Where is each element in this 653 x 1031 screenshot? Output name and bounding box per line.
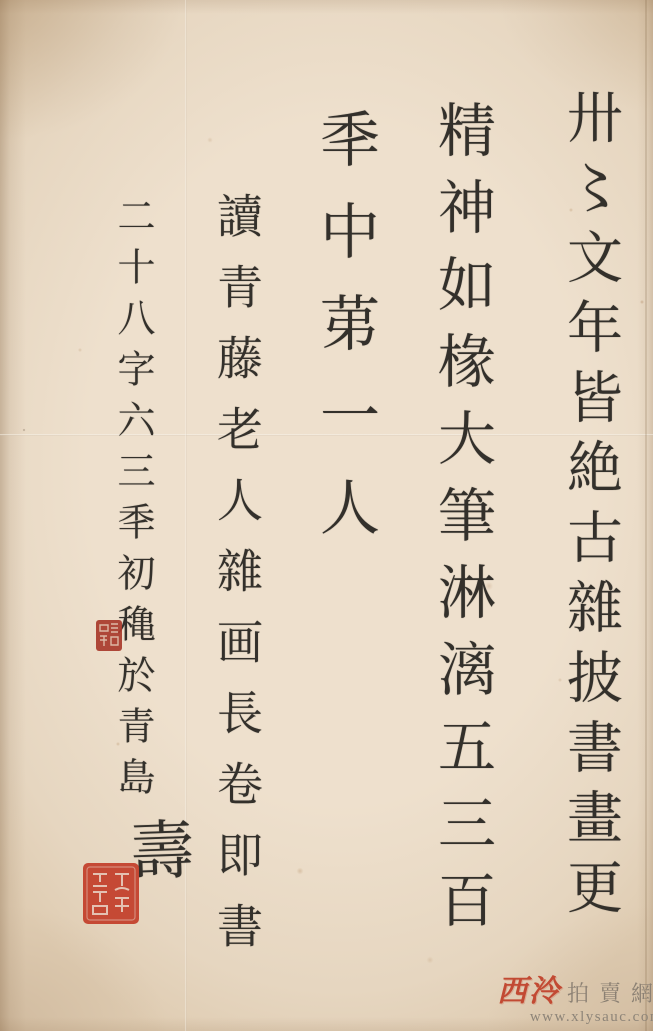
colophon-column: 讀青藤老人雜画長卷即書	[214, 192, 260, 973]
artist-seal-small	[95, 619, 123, 652]
paper-edge-line	[645, 0, 647, 1031]
main-text-column-2: 精神如椽大筆淋漓五三百	[433, 100, 491, 947]
calligraphy-photo: 卅〻文年皆絶古雜披書畫更 精神如椽大筆淋漓五三百 秊中苐一人 讀青藤老人雜画長卷…	[0, 0, 653, 1031]
watermark-label: 拍賣網	[567, 981, 653, 1006]
watermark-url: www.xlysauc.com	[497, 1009, 653, 1026]
artist-seal-large	[82, 862, 140, 925]
date-place-column: 二十八字六三秊初穐於青島	[114, 196, 152, 808]
main-text-column-1: 卅〻文年皆絶古雜披書畫更	[562, 88, 618, 928]
main-text-column-3: 秊中苐一人	[315, 108, 375, 568]
xiling-logo: 西泠	[497, 975, 561, 1008]
auction-site-watermark: 西泠拍賣網 www.xlysauc.com	[497, 977, 653, 1026]
